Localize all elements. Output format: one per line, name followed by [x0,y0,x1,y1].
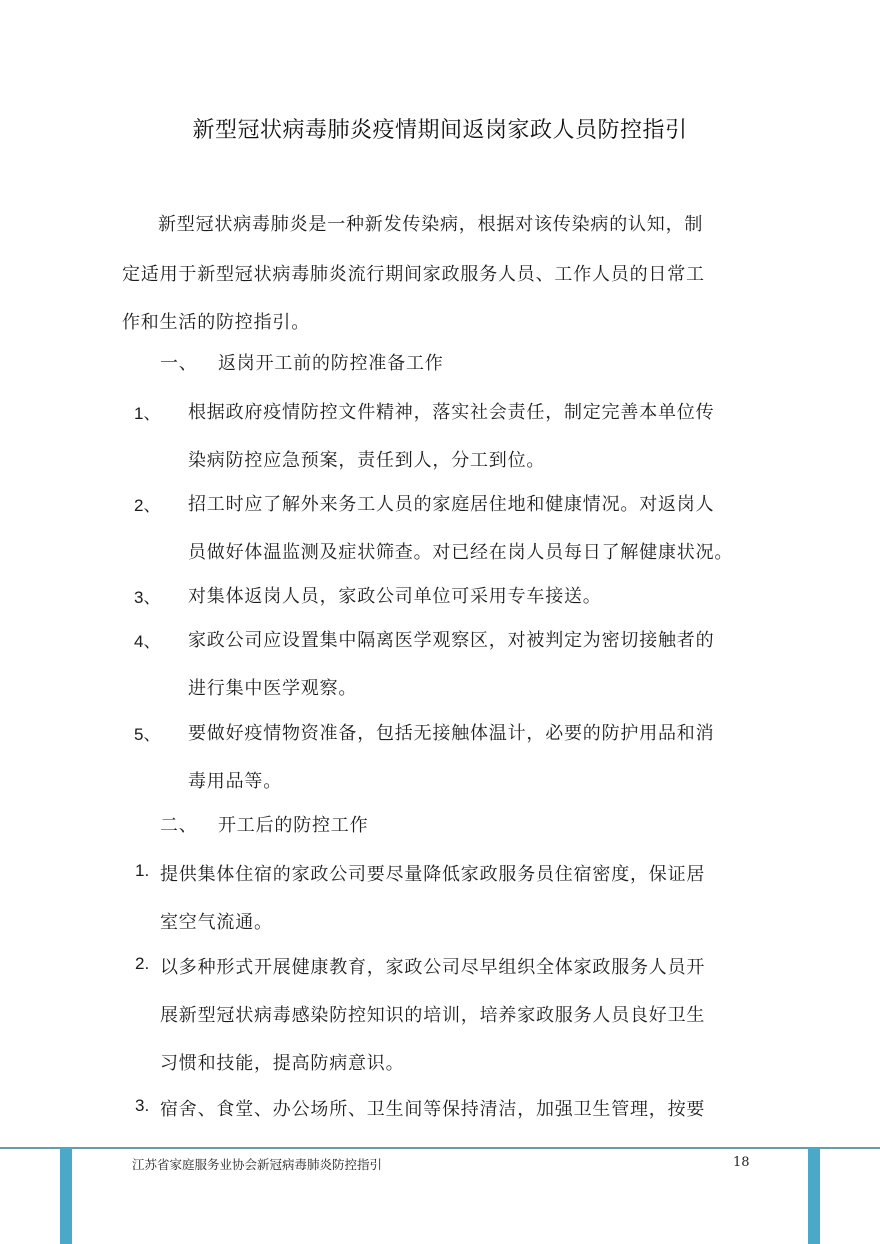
page-number: 18 [733,1155,750,1170]
list-text: 提供集体住宿的家政公司要尽量降低家政服务员住宿密度，保证居 [160,860,705,886]
list-text: 展新型冠状病毒感染防控知识的培训，培养家政服务人员良好卫生 [160,1001,705,1027]
intro-line: 作和生活的防控指引。 [122,308,310,334]
list-number: 4、 [134,627,160,652]
list-number: 2. [135,954,149,974]
section-number: 二、 [160,811,198,837]
list-text: 以多种形式开展健康教育，家政公司尽早组织全体家政服务人员开 [160,953,705,979]
list-number: 3、 [134,583,160,608]
list-number: 3. [135,1096,149,1116]
section-heading: 开工后的防控工作 [218,811,368,837]
list-number: 1、 [134,399,160,424]
list-text: 室空气流通。 [160,908,273,934]
list-text: 宿舍、食堂、办公场所、卫生间等保持清洁，加强卫生管理，按要 [160,1095,705,1121]
section-number: 一、 [160,349,198,375]
list-text: 招工时应了解外来务工人员的家庭居住地和健康情况。对返岗人 [188,490,714,516]
list-number: 2、 [134,491,160,516]
section-heading: 返岗开工前的防控准备工作 [218,349,444,375]
list-number: 1. [135,861,149,881]
list-text: 要做好疫情物资准备，包括无接触体温计，必要的防护用品和消 [188,719,714,745]
footer-right-accent-bar [808,1148,820,1244]
footer-title: 江苏省家庭服务业协会新冠病毒肺炎防控指引 [132,1155,382,1173]
list-text: 家政公司应设置集中隔离医学观察区，对被判定为密切接触者的 [188,626,714,652]
list-text: 对集体返岗人员，家政公司单位可采用专车接送。 [188,582,602,608]
list-text: 进行集中医学观察。 [188,674,357,700]
intro-line: 定适用于新型冠状病毒肺炎流行期间家政服务人员、工作人员的日常工 [122,260,705,286]
intro-line: 新型冠状病毒肺炎是一种新发传染病，根据对该传染病的认知，制 [158,210,703,236]
list-text: 根据政府疫情防控文件精神，落实社会责任，制定完善本单位传 [188,398,714,424]
footer-divider [0,1147,880,1149]
list-text: 染病防控应急预案，责任到人，分工到位。 [188,446,545,472]
footer-left-accent-bar [60,1148,72,1244]
list-text: 习惯和技能，提高防病意识。 [160,1049,404,1075]
list-text: 员做好体温监测及症状筛查。对已经在岗人员每日了解健康状况。 [188,538,733,564]
page-title: 新型冠状病毒肺炎疫情期间返岗家政人员防控指引 [0,113,880,144]
list-number: 5、 [134,720,160,745]
list-text: 毒用品等。 [188,767,282,793]
